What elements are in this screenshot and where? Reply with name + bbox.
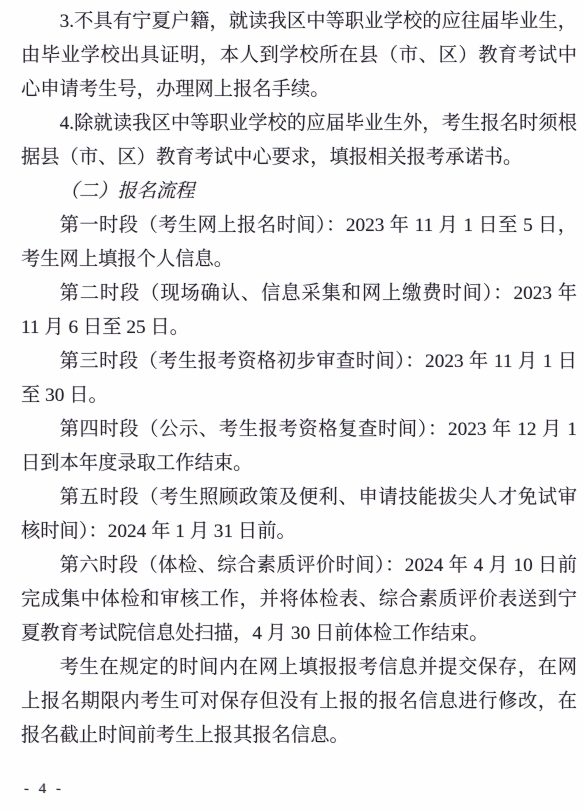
paragraph: 第三时段（考生报考资格初步审查时间）：2023 年 11 月 1 日至 30 日…: [21, 345, 577, 413]
paragraph: 4.除就读我区中等职业学校的应届毕业生外，考生报名时须根据县（市、区）教育考试中…: [21, 107, 577, 175]
document-page: 3.不具有宁夏户籍，就读我区中等职业学校的应往届毕业生，由毕业学校出具证明，本人…: [0, 0, 584, 811]
paragraph: 第六时段（体检、综合素质评价时间）：2024 年 4 月 10 日前完成集中体检…: [21, 549, 577, 651]
paragraph: 第二时段（现场确认、信息采集和网上缴费时间）：2023 年 11 月 6 日至 …: [21, 277, 577, 345]
paragraph: 3.不具有宁夏户籍，就读我区中等职业学校的应往届毕业生，由毕业学校出具证明，本人…: [21, 5, 577, 107]
paragraph: 第一时段（考生网上报名时间）：2023 年 11 月 1 日至 5 日，考生网上…: [21, 209, 577, 277]
document-body: 3.不具有宁夏户籍，就读我区中等职业学校的应往届毕业生，由毕业学校出具证明，本人…: [21, 5, 577, 753]
section-heading: （二）报名流程: [21, 175, 577, 209]
paragraph: 考生在规定的时间内在网上填报报考信息并提交保存，在网上报名期限内考生可对保存但没…: [21, 651, 577, 753]
paragraph: 第四时段（公示、考生报考资格复查时间）：2023 年 12 月 1 日到本年度录…: [21, 413, 577, 481]
page-number: - 4 -: [24, 781, 64, 798]
paragraph: 第五时段（考生照顾政策及便利、申请技能拔尖人才免试审核时间）：2024 年 1 …: [21, 481, 577, 549]
